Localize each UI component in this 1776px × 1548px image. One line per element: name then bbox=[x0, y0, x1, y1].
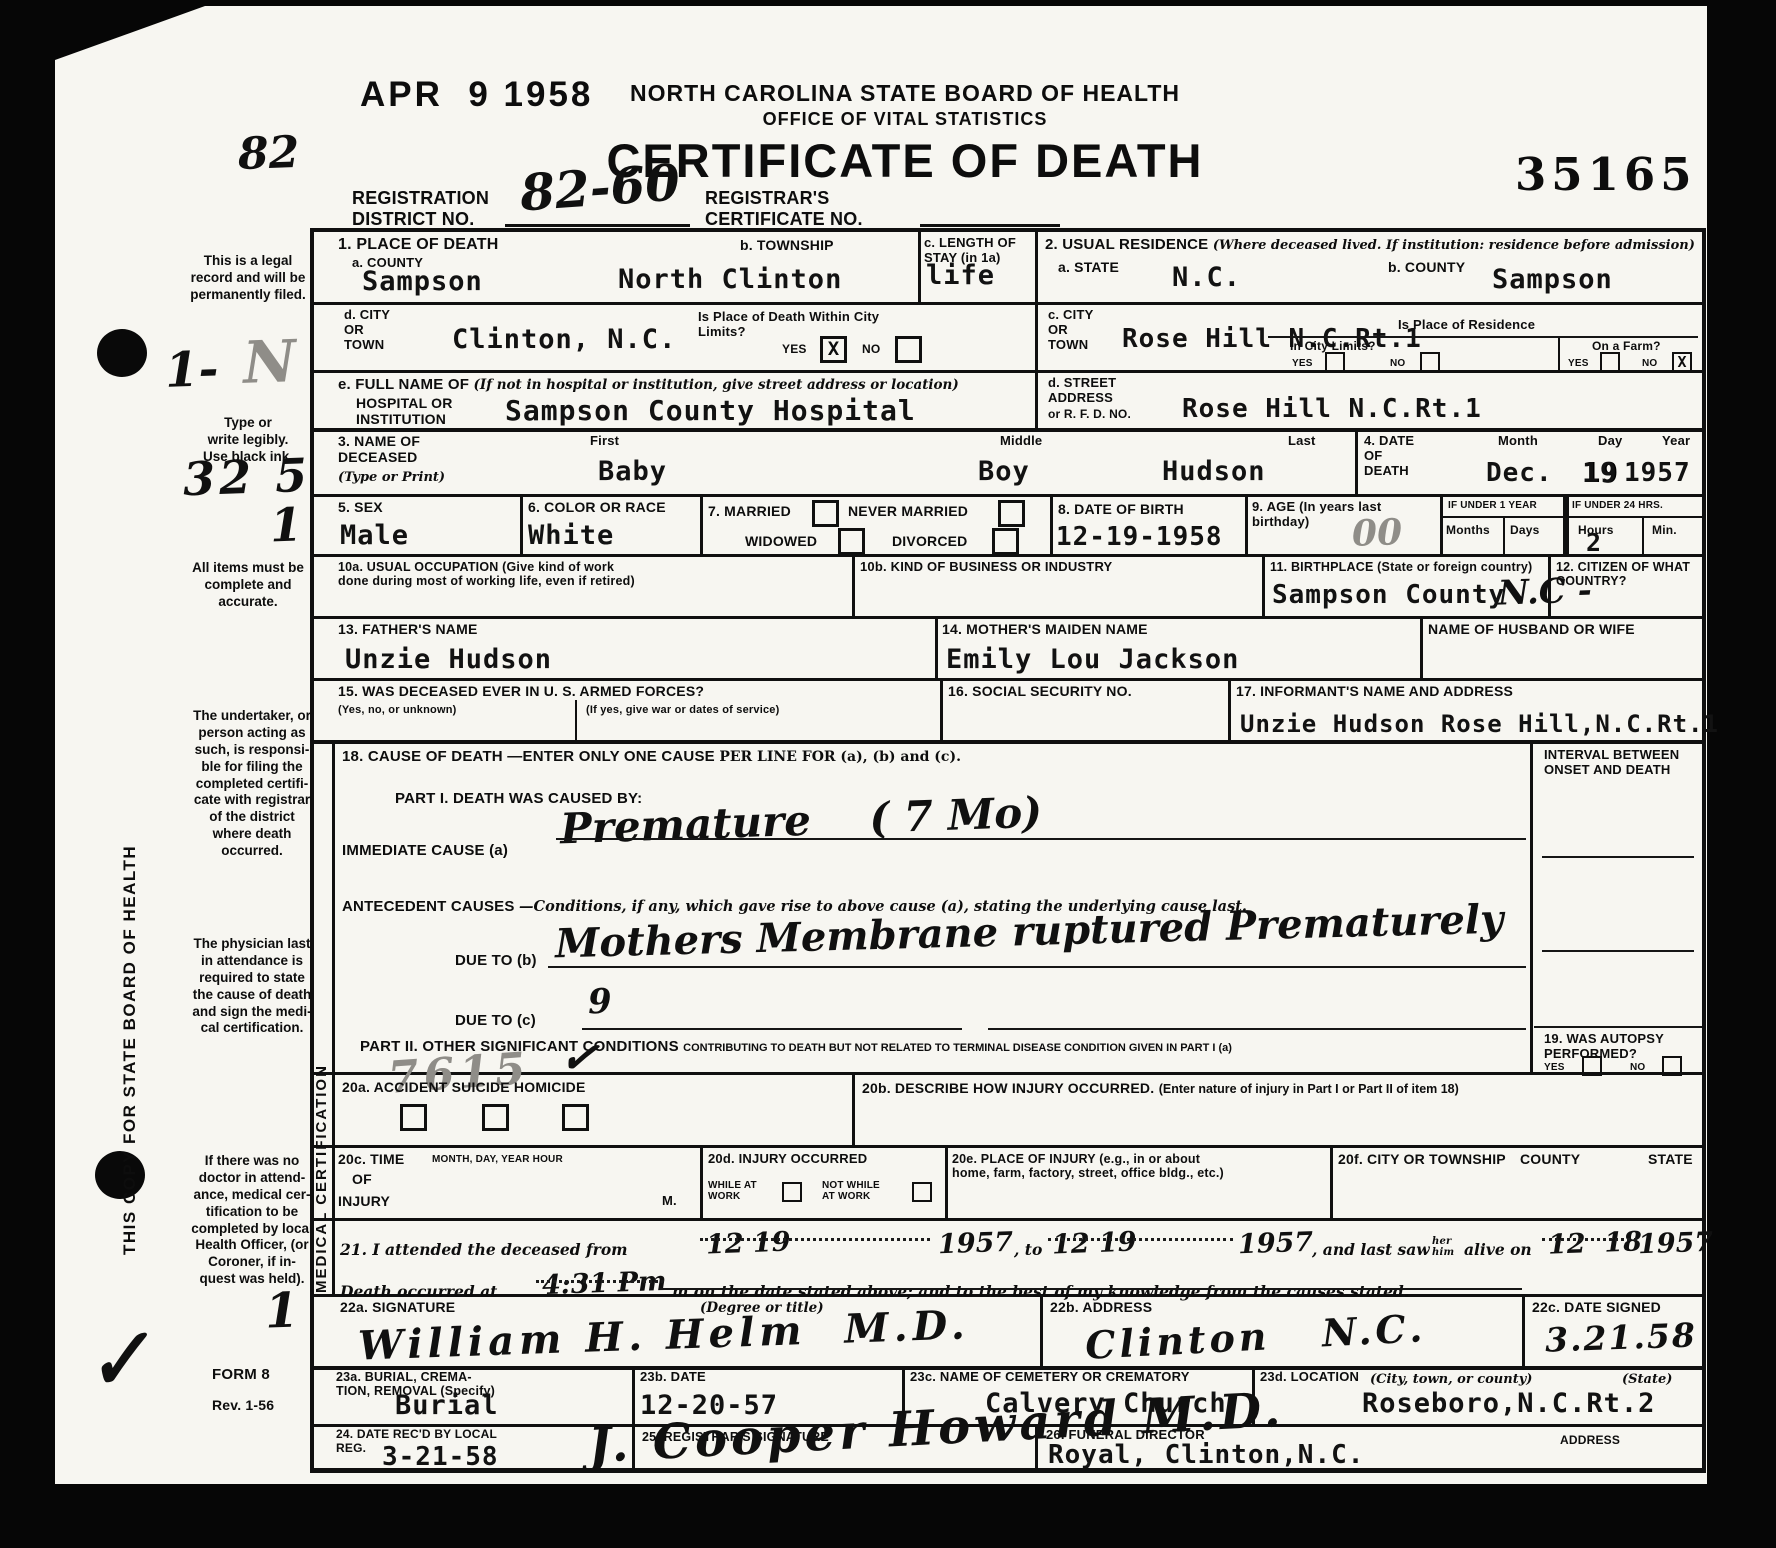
mothers-name-label: 14. MOTHER'S MAIDEN NAME bbox=[942, 622, 1148, 638]
informant-label: 17. INFORMANT'S NAME AND ADDRESS bbox=[1236, 684, 1513, 700]
time-m-label: M. bbox=[662, 1194, 677, 1209]
interval-label: INTERVAL BETWEEN ONSET AND DEATH bbox=[1544, 748, 1679, 778]
if-under-1-year-label: IF UNDER 1 YEAR bbox=[1448, 500, 1537, 511]
city-or-township-label: 20f. CITY OR TOWNSHIP bbox=[1338, 1152, 1506, 1168]
usual-residence-heading: 2. USUAL RESIDENCE (Where deceased lived… bbox=[1045, 236, 1695, 254]
accident-checkbox bbox=[400, 1104, 427, 1131]
attended-text-4: alive on bbox=[1464, 1240, 1532, 1259]
revision-label: Rev. 1-56 bbox=[212, 1398, 274, 1414]
injury-state-label: STATE bbox=[1648, 1152, 1693, 1168]
place-city-label: d. CITY OR TOWN bbox=[344, 308, 390, 352]
hole-punch-top bbox=[97, 329, 147, 377]
divorced-label: DIVORCED bbox=[892, 534, 968, 550]
first-name-header: First bbox=[590, 434, 619, 449]
if-under-24-hrs-label: IF UNDER 24 HRS. bbox=[1572, 500, 1663, 511]
min-label: Min. bbox=[1652, 524, 1677, 538]
office-subtitle: OFFICE OF VITAL STATISTICS bbox=[560, 109, 1250, 130]
hospital-label-line: e. FULL NAME OF (If not in hospital or i… bbox=[338, 376, 959, 394]
suicide-checkbox bbox=[482, 1104, 509, 1131]
residence-state-label: a. STATE bbox=[1058, 260, 1119, 276]
margin-note-complete: All items must be complete and accurate. bbox=[168, 560, 328, 611]
cause-of-death-heading: 18. CAUSE OF DEATH —ENTER ONLY ONE CAUSE… bbox=[342, 748, 961, 766]
attended-to-year: 1957 bbox=[1237, 1227, 1313, 1261]
autopsy-yes-label: YES bbox=[1544, 1062, 1565, 1073]
never-married-checkbox bbox=[998, 500, 1025, 527]
her-him-label: her him bbox=[1432, 1236, 1454, 1258]
homicide-checkbox bbox=[562, 1104, 589, 1131]
residence-question: Is Place of Residence bbox=[1398, 318, 1535, 333]
township-value: North Clinton bbox=[618, 264, 842, 295]
handwritten-1-dash: 1- bbox=[164, 341, 219, 399]
married-checkbox bbox=[812, 500, 839, 527]
scanned-death-certificate: THIS COPY FOR STATE BOARD OF HEALTH 82 T… bbox=[0, 0, 1776, 1548]
never-married-label: NEVER MARRIED bbox=[848, 504, 968, 520]
farm-no-label: NO bbox=[1642, 358, 1657, 369]
describe-injury-heading: 20b. DESCRIBE HOW INJURY OCCURRED. (Ente… bbox=[862, 1080, 1692, 1098]
residence-city-value: Rose Hill N.C.Rt.1 bbox=[1122, 324, 1422, 354]
attended-from-value: 12 19 bbox=[705, 1227, 791, 1261]
burial-type-value: Burial bbox=[395, 1390, 499, 1421]
place-city-value: Clinton, N.C. bbox=[452, 324, 676, 355]
time-of-injury-columns: MONTH, DAY, YEAR HOUR bbox=[432, 1154, 563, 1165]
place-of-injury-label: 20e. PLACE OF INJURY (e.g., in or about … bbox=[952, 1152, 1224, 1181]
informant-value: Unzie Hudson Rose Hill,N.C.Rt.1 bbox=[1240, 710, 1719, 738]
part2-checkmark: ✓ bbox=[557, 1028, 601, 1086]
cemetery-label: 23c. NAME OF CEMETERY OR CREMATORY bbox=[910, 1370, 1190, 1385]
death-limits-no-label: NO bbox=[862, 343, 880, 357]
street-address-value: Rose Hill N.C.Rt.1 bbox=[1182, 394, 1482, 424]
last-name-value: Hudson bbox=[1162, 456, 1266, 487]
date-received-value: 3-21-58 bbox=[382, 1442, 499, 1472]
death-time-value: 4:31 Pm bbox=[541, 1266, 667, 1301]
date-of-death-label: 4. DATE OF DEATH bbox=[1364, 434, 1414, 478]
in-city-yes-checkbox bbox=[1325, 352, 1345, 372]
time-of-injury-label: 20c. TIME bbox=[338, 1152, 404, 1168]
due-to-c-value: 9 bbox=[587, 982, 612, 1023]
burial-location-value: Roseboro,N.C.Rt.2 bbox=[1362, 1388, 1655, 1419]
in-city-no-checkbox bbox=[1420, 352, 1440, 372]
form-number: FORM 8 bbox=[212, 1366, 270, 1383]
medical-certification-strip: MEDICAL CERTIFICATION bbox=[313, 745, 330, 1293]
residence-county-label: b. COUNTY bbox=[1388, 260, 1465, 276]
middle-name-value: Boy bbox=[978, 456, 1030, 487]
rfd-label: or R. F. D. NO. bbox=[1048, 408, 1131, 422]
armed-forces-paren1: (Yes, no, or unknown) bbox=[338, 704, 456, 717]
widowed-label: WIDOWED bbox=[745, 534, 817, 550]
registrar-certificate-label: REGISTRAR'S CERTIFICATE NO. bbox=[705, 188, 863, 229]
industry-label: 10b. KIND OF BUSINESS OR INDUSTRY bbox=[860, 560, 1112, 575]
burial-location-state: (State) bbox=[1622, 1372, 1672, 1387]
fathers-name-label: 13. FATHER'S NAME bbox=[338, 622, 478, 638]
age-value: 00 bbox=[1351, 511, 1403, 555]
due-to-b-label: DUE TO (b) bbox=[455, 952, 537, 969]
death-city-limits-question: Is Place of Death Within City Limits? bbox=[698, 310, 879, 340]
death-year-value: 1957 bbox=[1624, 458, 1691, 488]
hospital-label2: HOSPITAL OR INSTITUTION bbox=[356, 396, 453, 428]
sex-label: 5. SEX bbox=[338, 500, 383, 516]
signature-address-label: 22b. ADDRESS bbox=[1050, 1300, 1152, 1316]
while-at-work-checkbox bbox=[782, 1182, 802, 1202]
attended-text-1: 21. I attended the deceased from bbox=[340, 1240, 628, 1259]
while-at-work-label: WHILE AT WORK bbox=[708, 1180, 757, 1203]
margin-note-undertaker: The undertaker, or person acting as such… bbox=[172, 708, 332, 860]
margin-note-physician: The physician last in attendance is requ… bbox=[172, 936, 332, 1037]
days-label: Days bbox=[1510, 524, 1540, 538]
birthplace-label: 11. BIRTHPLACE (State or foreign country… bbox=[1270, 560, 1532, 574]
last-name-header: Last bbox=[1288, 434, 1316, 449]
injury-occurred-label: 20d. INJURY OCCURRED bbox=[708, 1152, 867, 1167]
citizen-label: 12. CITIZEN OF WHAT COUNTRY? bbox=[1556, 560, 1701, 589]
armed-forces-label: 15. WAS DECEASED EVER IN U. S. ARMED FOR… bbox=[338, 684, 704, 700]
farm-yes-checkbox bbox=[1600, 352, 1620, 372]
middle-name-header: Middle bbox=[1000, 434, 1042, 449]
last-seen-value: 12 18 bbox=[1547, 1226, 1642, 1260]
name-of-deceased-label: 3. NAME OF DECEASED bbox=[338, 434, 420, 466]
death-limits-no-checkbox bbox=[895, 336, 922, 363]
sex-value: Male bbox=[340, 520, 409, 551]
handwritten-1: 1 bbox=[269, 497, 303, 552]
street-address-label: d. STREET ADDRESS bbox=[1048, 376, 1116, 406]
handwritten-checkmark: ✓ bbox=[79, 1311, 156, 1410]
place-county-value: Sampson bbox=[362, 266, 483, 297]
married-label: 7. MARRIED bbox=[708, 504, 791, 520]
date-signed-label: 22c. DATE SIGNED bbox=[1532, 1300, 1661, 1316]
attended-to-value: 12 19 bbox=[1051, 1227, 1137, 1261]
farm-no-checkbox: X bbox=[1672, 352, 1692, 372]
ssn-label: 16. SOCIAL SECURITY NO. bbox=[948, 684, 1132, 700]
birthplace-value: Sampson County bbox=[1272, 580, 1505, 610]
race-label: 6. COLOR OR RACE bbox=[528, 500, 666, 516]
in-city-yes-label: YES bbox=[1292, 358, 1313, 369]
length-of-stay-value: life bbox=[926, 260, 995, 291]
death-limits-yes-checkbox: X bbox=[820, 336, 847, 363]
race-value: White bbox=[528, 520, 614, 551]
registration-district-value: 82-60 bbox=[518, 152, 682, 222]
date-signed-value: 3.21.58 bbox=[1544, 1315, 1697, 1359]
due-to-c-label: DUE TO (c) bbox=[455, 1012, 536, 1029]
time-of-injury-injury: INJURY bbox=[338, 1194, 390, 1210]
burial-date-label: 23b. DATE bbox=[640, 1370, 706, 1385]
mothers-name-value: Emily Lou Jackson bbox=[946, 644, 1239, 675]
autopsy-yes-checkbox bbox=[1582, 1056, 1602, 1076]
board-title: NORTH CAROLINA STATE BOARD OF HEALTH bbox=[560, 80, 1250, 106]
burial-location-paren: (City, town, or county) bbox=[1370, 1372, 1532, 1387]
death-occurred-text-2: m on the date stated above; and to the b… bbox=[672, 1282, 1409, 1301]
armed-forces-paren2: (If yes, give war or dates of service) bbox=[586, 704, 779, 717]
not-while-at-work-label: NOT WHILE AT WORK bbox=[822, 1180, 880, 1203]
registration-district-label: REGISTRATION DISTRICT NO. bbox=[352, 188, 489, 229]
residence-county-value: Sampson bbox=[1492, 264, 1613, 295]
fathers-name-value: Unzie Hudson bbox=[345, 644, 552, 675]
death-month-value: Dec. bbox=[1486, 458, 1553, 488]
autopsy-label: 19. WAS AUTOPSY PERFORMED? bbox=[1544, 1032, 1664, 1062]
type-or-print-label: (Type or Print) bbox=[338, 470, 445, 485]
attended-text-2: , to bbox=[1014, 1240, 1042, 1259]
death-day-value: 19 bbox=[1582, 456, 1618, 489]
death-month-header: Month bbox=[1498, 434, 1538, 449]
date-of-birth-label: 8. DATE OF BIRTH bbox=[1058, 502, 1184, 518]
copy-for-state-board-label: THIS COPY FOR STATE BOARD OF HEALTH bbox=[120, 605, 140, 1255]
widowed-checkbox bbox=[838, 528, 865, 555]
first-name-value: Baby bbox=[598, 456, 667, 487]
hours-value: 2 bbox=[1586, 528, 1602, 557]
margin-note-no-doctor: If there was no doctor in attend- ance, … bbox=[172, 1153, 332, 1288]
date-received-stamp: APR 9 1958 bbox=[360, 75, 593, 115]
residence-city-label: c. CITY OR TOWN bbox=[1048, 308, 1093, 352]
in-city-no-label: NO bbox=[1390, 358, 1405, 369]
attended-from-year: 1957 bbox=[937, 1227, 1013, 1261]
date-of-birth-value: 12-19-1958 bbox=[1056, 522, 1223, 552]
handwritten-slash: 1 bbox=[264, 1282, 299, 1339]
immediate-cause-label: IMMEDIATE CAUSE (a) bbox=[342, 842, 508, 859]
funeral-director-address-label: ADDRESS bbox=[1560, 1434, 1620, 1448]
death-day-header: Day bbox=[1598, 434, 1622, 449]
time-of-injury-of: OF bbox=[352, 1172, 372, 1188]
handwritten-82: 82 bbox=[237, 127, 300, 180]
divorced-checkbox bbox=[992, 528, 1019, 555]
farm-yes-label: YES bbox=[1568, 358, 1589, 369]
not-while-at-work-checkbox bbox=[912, 1182, 932, 1202]
residence-state-value: N.C. bbox=[1172, 262, 1241, 293]
attended-text-3: , and last saw bbox=[1312, 1240, 1430, 1259]
autopsy-no-label: NO bbox=[1630, 1062, 1645, 1073]
serial-number: 35165 bbox=[1515, 148, 1697, 201]
injury-county-label: COUNTY bbox=[1520, 1152, 1580, 1168]
death-year-header: Year bbox=[1662, 434, 1690, 449]
autopsy-no-checkbox bbox=[1662, 1056, 1682, 1076]
accident-suicide-homicide-label: 20a. ACCIDENT SUICIDE HOMICIDE bbox=[342, 1080, 586, 1096]
township-label: b. TOWNSHIP bbox=[740, 238, 834, 254]
months-label: Months bbox=[1446, 524, 1490, 538]
handwritten-n: N bbox=[242, 327, 297, 397]
last-seen-year: 1957 bbox=[1637, 1227, 1713, 1261]
signature-label: 22a. SIGNATURE bbox=[340, 1300, 455, 1316]
occupation-label: 10a. USUAL OCCUPATION (Give kind of work… bbox=[338, 560, 635, 589]
hospital-value: Sampson County Hospital bbox=[505, 394, 916, 427]
death-limits-yes-label: YES bbox=[782, 343, 807, 357]
margin-note-legal: This is a legal record and will be perma… bbox=[168, 253, 328, 304]
husband-wife-label: NAME OF HUSBAND OR WIFE bbox=[1428, 622, 1635, 638]
place-of-death-heading: 1. PLACE OF DEATH bbox=[338, 236, 498, 254]
